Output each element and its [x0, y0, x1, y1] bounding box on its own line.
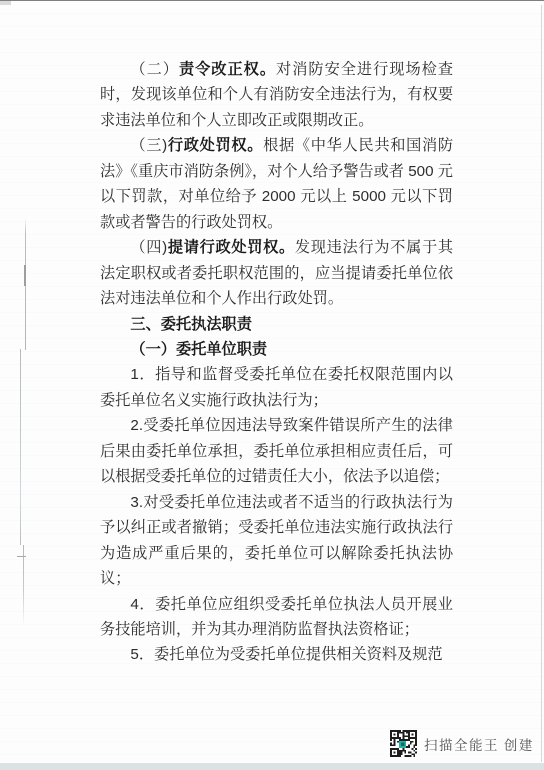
camscanner-qr-code [390, 730, 417, 757]
watermark-label: 扫描全能王 创建 [424, 734, 534, 754]
paragraph: 4．委托单位应组织受委托单位执法人员开展业务技能培训，并为其办理消防监督执法资格… [100, 592, 453, 643]
camscanner-watermark: 扫描全能王 创建 [390, 730, 534, 757]
scan-top-edge-line [0, 0, 544, 1]
section-heading: （一）委托单位职责 [100, 337, 453, 362]
scan-bottom-strip [0, 763, 544, 770]
scan-wrinkle-line [20, 349, 21, 545]
paragraph: 5．委托单位为受委托单位提供相关资料及规范 [100, 642, 453, 667]
scan-wrinkle-tick [17, 556, 26, 557]
scan-wrinkle-line [23, 545, 24, 627]
scan-corner-mark [0, 1, 11, 5]
paragraph: （二）责令改正权。对消防安全进行现场检查时，发现该单位和个人有消防安全违法行为，… [100, 57, 453, 133]
paragraph: 1．指导和监督受委托单位在委托权限范围内以委托单位名义实施行政执法行为； [100, 362, 453, 413]
section-heading: 三、委托执法职责 [100, 312, 453, 337]
paragraph: （三)行政处罚权。根据《中华人民共和国消防法》《重庆市消防条例》，对个人给予警告… [100, 133, 453, 235]
paragraph: 2.受委托单位因违法导致案件错误所产生的法律后果由委托单位承担，委托单位承担相应… [100, 413, 453, 489]
scanned-page: （二）责令改正权。对消防安全进行现场检查时，发现该单位和个人有消防安全违法行为，… [0, 0, 544, 770]
document-body: （二）责令改正权。对消防安全进行现场检查时，发现该单位和个人有消防安全违法行为，… [100, 57, 453, 668]
paragraph: 3.对受委托单位违法或者不适当的行政执法行为予以纠正或者撤销；受委托单位违法实施… [100, 490, 453, 592]
scan-wrinkle-line [24, 265, 26, 286]
scan-right-edge-line [541, 5, 542, 762]
paragraph: （四)提请行政处罚权。发现违法行为不属于其法定职权或者委托职权范围的，应当提请委… [100, 235, 453, 311]
